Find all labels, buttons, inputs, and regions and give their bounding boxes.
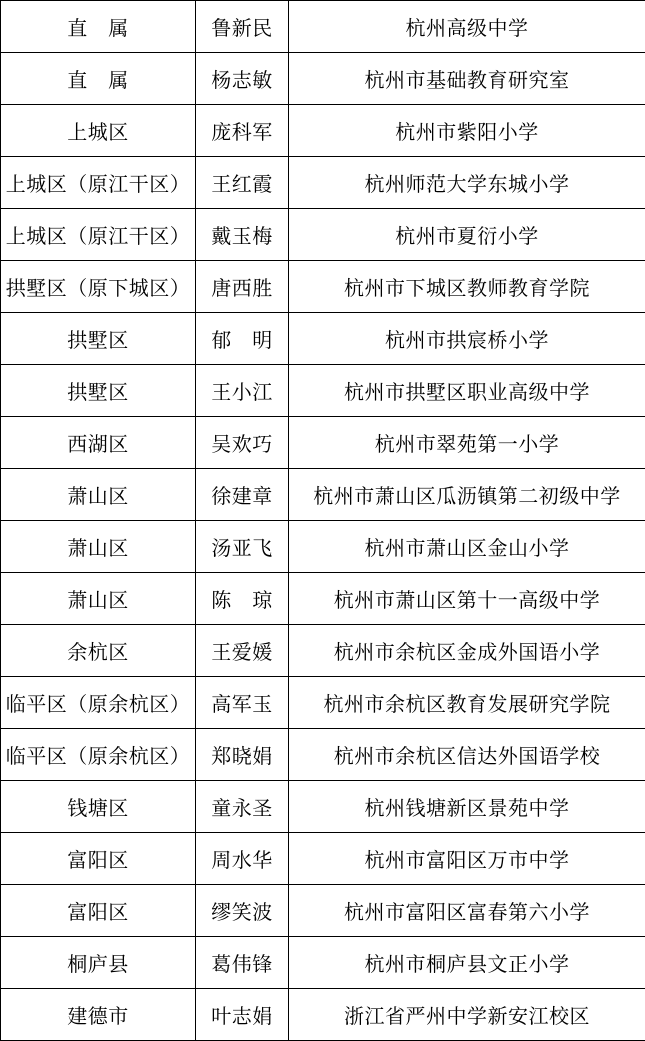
cell-school: 杭州市翠苑第一小学	[289, 417, 645, 469]
table-row: 富阳区缪笑波杭州市富阳区富春第六小学	[1, 885, 645, 937]
cell-school: 杭州市余杭区教育发展研究学院	[289, 677, 645, 729]
cell-school: 杭州市拱宸桥小学	[289, 313, 645, 365]
cell-name: 王小江	[196, 365, 289, 417]
table-row: 建德市叶志娟浙江省严州中学新安江校区	[1, 989, 645, 1041]
cell-name: 王爱媛	[196, 625, 289, 677]
cell-school: 杭州市夏衍小学	[289, 209, 645, 261]
table-body: 直 属鲁新民杭州高级中学直 属杨志敏杭州市基础教育研究室上城区庞科军杭州市紫阳小…	[1, 1, 645, 1041]
table-row: 拱墅区郁 明杭州市拱宸桥小学	[1, 313, 645, 365]
cell-school: 杭州市萧山区瓜沥镇第二初级中学	[289, 469, 645, 521]
cell-name: 童永圣	[196, 781, 289, 833]
cell-district: 拱墅区	[1, 313, 196, 365]
table-row: 钱塘区童永圣杭州钱塘新区景苑中学	[1, 781, 645, 833]
cell-district: 西湖区	[1, 417, 196, 469]
cell-school: 杭州市萧山区金山小学	[289, 521, 645, 573]
cell-name: 杨志敏	[196, 53, 289, 105]
table-row: 富阳区周水华杭州市富阳区万市中学	[1, 833, 645, 885]
cell-school: 杭州市富阳区富春第六小学	[289, 885, 645, 937]
cell-name: 王红霞	[196, 157, 289, 209]
cell-name: 缪笑波	[196, 885, 289, 937]
cell-name: 戴玉梅	[196, 209, 289, 261]
cell-name: 陈 琼	[196, 573, 289, 625]
cell-district: 富阳区	[1, 885, 196, 937]
cell-name: 唐西胜	[196, 261, 289, 313]
cell-name: 葛伟锋	[196, 937, 289, 989]
cell-district: 上城区	[1, 105, 196, 157]
table-row: 萧山区陈 琼杭州市萧山区第十一高级中学	[1, 573, 645, 625]
table-row: 临平区（原余杭区）郑晓娟杭州市余杭区信达外国语学校	[1, 729, 645, 781]
cell-district: 萧山区	[1, 573, 196, 625]
table-row: 拱墅区（原下城区）唐西胜杭州市下城区教师教育学院	[1, 261, 645, 313]
cell-name: 庞科军	[196, 105, 289, 157]
table-row: 拱墅区王小江杭州市拱墅区职业高级中学	[1, 365, 645, 417]
cell-district: 钱塘区	[1, 781, 196, 833]
cell-district: 直 属	[1, 53, 196, 105]
table-row: 上城区（原江干区）王红霞杭州师范大学东城小学	[1, 157, 645, 209]
cell-name: 郁 明	[196, 313, 289, 365]
document-page: 直 属鲁新民杭州高级中学直 属杨志敏杭州市基础教育研究室上城区庞科军杭州市紫阳小…	[0, 0, 645, 1041]
cell-district: 富阳区	[1, 833, 196, 885]
cell-name: 周水华	[196, 833, 289, 885]
cell-school: 杭州高级中学	[289, 1, 645, 53]
cell-school: 浙江省严州中学新安江校区	[289, 989, 645, 1041]
cell-name: 汤亚飞	[196, 521, 289, 573]
table-row: 上城区庞科军杭州市紫阳小学	[1, 105, 645, 157]
table-row: 余杭区王爱媛杭州市余杭区金成外国语小学	[1, 625, 645, 677]
table-row: 萧山区汤亚飞杭州市萧山区金山小学	[1, 521, 645, 573]
table-row: 上城区（原江干区）戴玉梅杭州市夏衍小学	[1, 209, 645, 261]
cell-name: 徐建章	[196, 469, 289, 521]
cell-district: 建德市	[1, 989, 196, 1041]
cell-name: 郑晓娟	[196, 729, 289, 781]
cell-name: 吴欢巧	[196, 417, 289, 469]
cell-name: 高军玉	[196, 677, 289, 729]
cell-school: 杭州市余杭区信达外国语学校	[289, 729, 645, 781]
cell-district: 萧山区	[1, 521, 196, 573]
cell-district: 余杭区	[1, 625, 196, 677]
table-row: 直 属鲁新民杭州高级中学	[1, 1, 645, 53]
table-row: 西湖区吴欢巧杭州市翠苑第一小学	[1, 417, 645, 469]
cell-district: 上城区（原江干区）	[1, 209, 196, 261]
cell-school: 杭州市桐庐县文正小学	[289, 937, 645, 989]
table-row: 临平区（原余杭区）高军玉杭州市余杭区教育发展研究学院	[1, 677, 645, 729]
cell-school: 杭州市萧山区第十一高级中学	[289, 573, 645, 625]
cell-district: 临平区（原余杭区）	[1, 729, 196, 781]
cell-district: 拱墅区	[1, 365, 196, 417]
cell-name: 鲁新民	[196, 1, 289, 53]
cell-school: 杭州市拱墅区职业高级中学	[289, 365, 645, 417]
cell-district: 桐庐县	[1, 937, 196, 989]
cell-district: 直 属	[1, 1, 196, 53]
table-row: 直 属杨志敏杭州市基础教育研究室	[1, 53, 645, 105]
cell-district: 上城区（原江干区）	[1, 157, 196, 209]
table-row: 萧山区徐建章杭州市萧山区瓜沥镇第二初级中学	[1, 469, 645, 521]
cell-district: 拱墅区（原下城区）	[1, 261, 196, 313]
cell-school: 杭州师范大学东城小学	[289, 157, 645, 209]
cell-school: 杭州市余杭区金成外国语小学	[289, 625, 645, 677]
awards-table: 直 属鲁新民杭州高级中学直 属杨志敏杭州市基础教育研究室上城区庞科军杭州市紫阳小…	[0, 0, 645, 1041]
cell-school: 杭州市富阳区万市中学	[289, 833, 645, 885]
cell-school: 杭州市下城区教师教育学院	[289, 261, 645, 313]
cell-school: 杭州钱塘新区景苑中学	[289, 781, 645, 833]
cell-district: 萧山区	[1, 469, 196, 521]
cell-district: 临平区（原余杭区）	[1, 677, 196, 729]
cell-name: 叶志娟	[196, 989, 289, 1041]
cell-school: 杭州市紫阳小学	[289, 105, 645, 157]
table-row: 桐庐县葛伟锋杭州市桐庐县文正小学	[1, 937, 645, 989]
cell-school: 杭州市基础教育研究室	[289, 53, 645, 105]
